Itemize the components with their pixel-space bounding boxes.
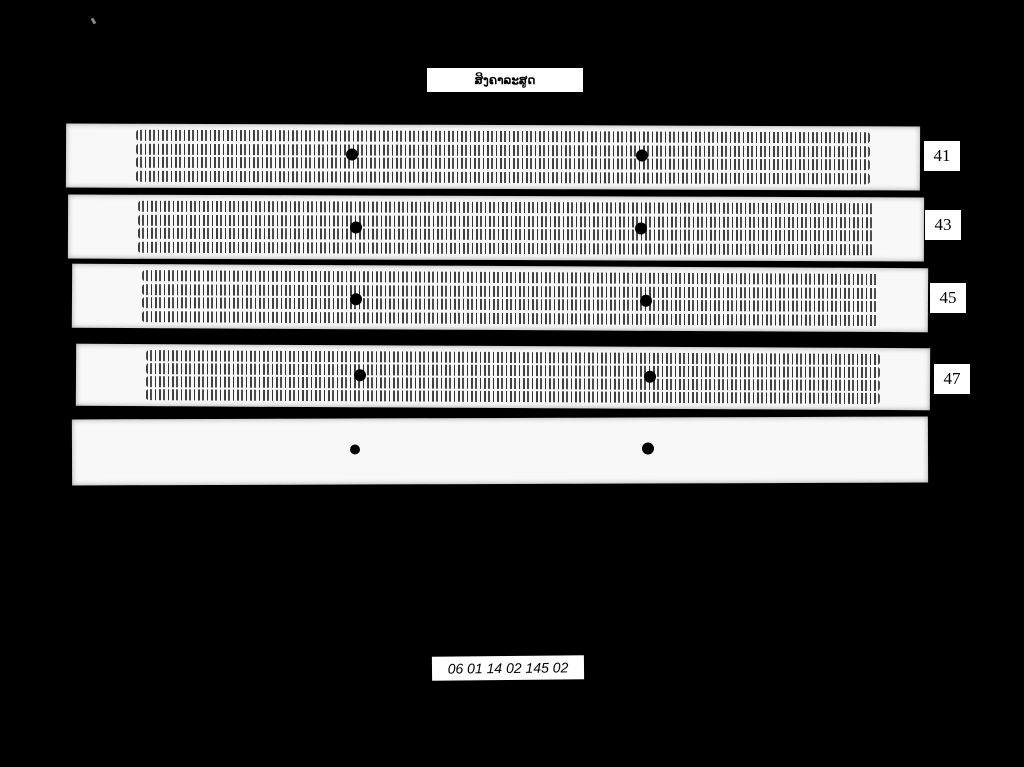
page-number-label: 43 <box>925 210 961 240</box>
manuscript-title-label: ສິງຄາລະສູດ <box>427 68 583 92</box>
palm-leaf-page-41 <box>66 124 920 191</box>
page-number-label: 45 <box>930 283 966 313</box>
manuscript-text-lines <box>136 130 870 185</box>
binding-hole <box>640 295 652 307</box>
binding-hole <box>354 369 366 381</box>
archive-id-label: 06 01 14 02 145 02 <box>432 655 584 681</box>
binding-hole <box>642 442 654 454</box>
binding-hole <box>644 371 656 383</box>
page-number-label: 47 <box>934 364 970 394</box>
manuscript-text-lines <box>146 350 880 404</box>
binding-hole <box>635 222 647 234</box>
binding-hole <box>350 221 362 233</box>
binding-hole <box>350 444 360 454</box>
page-number-label: 41 <box>924 141 960 171</box>
binding-hole <box>346 148 358 160</box>
binding-hole <box>350 293 362 305</box>
dust-speck <box>91 18 97 25</box>
binding-hole <box>636 149 648 161</box>
manuscript-text-lines <box>142 270 878 326</box>
palm-leaf-page-43 <box>68 195 924 262</box>
manuscript-text-lines <box>138 201 874 256</box>
palm-leaf-page-47 <box>76 344 930 410</box>
palm-leaf-blank <box>72 417 928 486</box>
palm-leaf-page-45 <box>72 264 928 332</box>
